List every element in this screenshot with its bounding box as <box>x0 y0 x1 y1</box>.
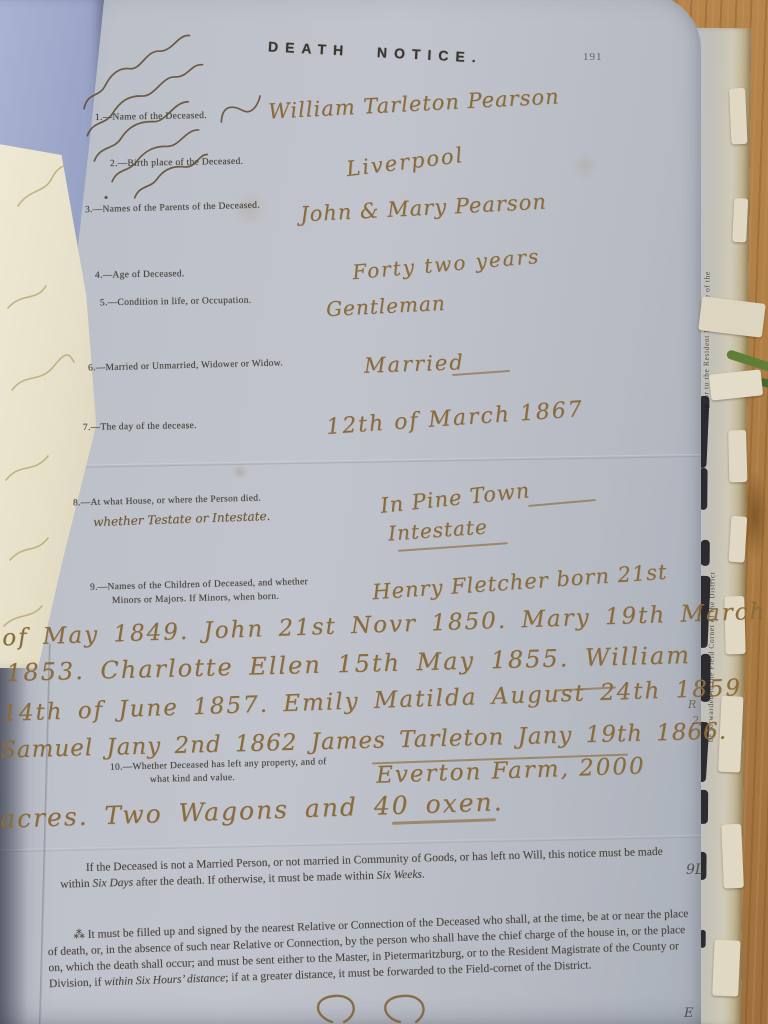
field-5-value: Gentleman <box>325 291 446 321</box>
document-content: DEATH NOTICE. 191 1.—Name of the Decease… <box>0 0 768 1024</box>
instruction-paragraph: If the Deceased is not a Married Person,… <box>60 843 685 892</box>
asterism-mark: ⁂ <box>73 927 85 941</box>
field-7-label: 7.—The day of the decease. <box>83 421 197 434</box>
partial-signature-flourish <box>304 988 484 1024</box>
field-10-value-line1: Everton Farm, 2000 <box>376 753 646 788</box>
footnote-italic-distance: within Six Hours’ distance <box>104 972 225 988</box>
paragraph-indent <box>60 871 86 872</box>
field-10-label-line2: what kind and value. <box>150 773 235 787</box>
field-8-label: 8.—At what House, or where the Person di… <box>73 494 261 510</box>
photo-of-death-notice-document: burg, or to the Resident Magistrate of t… <box>0 0 768 1024</box>
note-text: after the death. If otherwise, it must b… <box>133 870 377 889</box>
note-italic-six-weeks: Six Weeks <box>377 869 423 882</box>
field-8-value2: Intestate <box>387 515 488 546</box>
note-text: . <box>422 869 425 881</box>
note-italic-six-days: Six Days <box>92 877 133 890</box>
field-10-value-line2: acres. Two Wagons and 40 oxen. <box>0 787 504 834</box>
marginal-mark: 2 <box>692 714 699 727</box>
field-7-value: 12th of March 1867 <box>325 397 584 440</box>
marginal-mark: E <box>684 1006 694 1021</box>
field-8-handwritten-sublabel: whether Testate or Intestate. <box>93 509 271 529</box>
field-5-label: 5.—Condition in life, or Occupation. <box>100 296 252 310</box>
page-number: 191 <box>583 51 603 63</box>
field-9-value-line1: Henry Fletcher born 21st <box>372 560 669 605</box>
field-8-value: In Pine Town <box>379 478 531 518</box>
paragraph-indent <box>47 938 73 939</box>
field-9-label-line2: Minors or Majors. If Minors, when born. <box>112 592 279 608</box>
field-2-value: Liverpool <box>345 143 465 181</box>
field-4-label: 4.—Age of Deceased. <box>95 269 185 282</box>
field-6-value: Married <box>364 350 465 377</box>
marginal-mark: R <box>688 698 696 711</box>
field-4-value: Forty two years <box>351 244 541 284</box>
marginal-mark: 9L <box>686 862 704 878</box>
field-6-label: 6.—Married or Unmarried, Widower or Wido… <box>88 358 283 375</box>
tape-piece <box>709 369 763 400</box>
pen-flourish <box>528 499 596 507</box>
illegible-ink-inscription <box>62 0 362 206</box>
footnote-paragraph: ⁂ It must be filled up and signed by the… <box>47 905 697 993</box>
